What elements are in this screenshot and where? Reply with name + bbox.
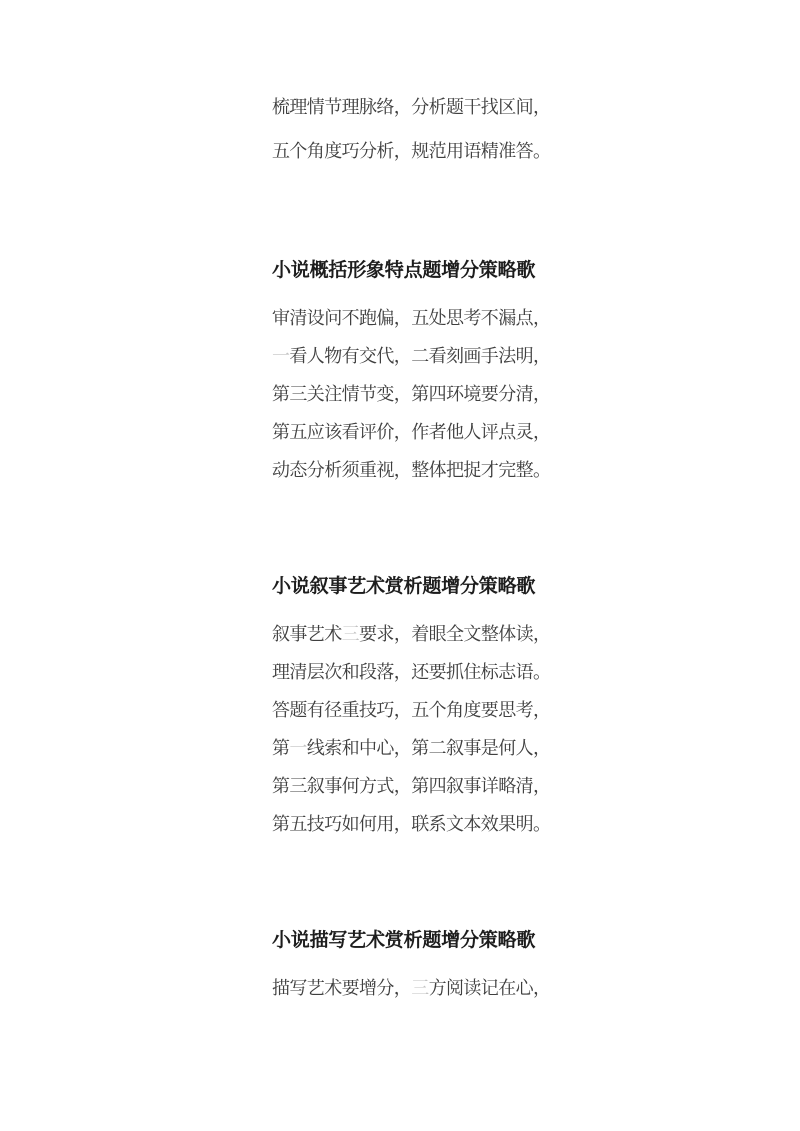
poem-line: 描写艺术要增分，三方阅读记在心， (272, 969, 800, 1007)
document-page: 梳理情节理脉络，分析题干找区间，五个角度巧分析，规范用语精准答。小说概括形象特点… (0, 0, 800, 1131)
poem-line: 理清层次和段落，还要抓住标志语。 (272, 653, 800, 691)
poem-line: 一看人物有交代，二看刻画手法明， (272, 337, 800, 375)
poem-section: 小说叙事艺术赏析题增分策略歌叙事艺术三要求，着眼全文整体读，理清层次和段落，还要… (272, 573, 800, 843)
line-segment: 方阅读记在心， (429, 978, 551, 998)
line-segment: 描写艺术要增分， (272, 978, 411, 998)
line-segment: 看人物有交代，二看刻画手法明， (289, 346, 550, 366)
poem-line: 第五技巧如何用，联系文本效果明。 (272, 805, 800, 843)
poem-line: 第五应该看评价，作者他人评点灵， (272, 413, 800, 451)
poem-content: 梳理情节理脉络，分析题干找区间，五个角度巧分析，规范用语精准答。小说概括形象特点… (272, 85, 800, 1007)
faded-character: 三 (411, 978, 428, 998)
section-title: 小说描写艺术赏析题增分策略歌 (272, 927, 800, 955)
line-segment: 叙事艺术 (272, 624, 342, 644)
poem-line: 审清设问不跑偏，五处思考不漏点， (272, 299, 800, 337)
poem-line: 第三叙事何方式，第四叙事详略清， (272, 767, 800, 805)
poem-line: 答题有径重技巧，五个角度要思考， (272, 691, 800, 729)
poem-section-continued: 梳理情节理脉络，分析题干找区间，五个角度巧分析，规范用语精准答。 (272, 85, 800, 173)
section-title: 小说叙事艺术赏析题增分策略歌 (272, 573, 800, 601)
faded-character: 三 (342, 624, 359, 644)
section-title: 小说概括形象特点题增分策略歌 (272, 257, 800, 285)
line-segment: 第 (272, 738, 289, 758)
poem-line: 五个角度巧分析，规范用语精准答。 (272, 129, 800, 173)
poem-section: 小说概括形象特点题增分策略歌审清设问不跑偏，五处思考不漏点，一看人物有交代，二看… (272, 257, 800, 489)
faded-character: 一 (289, 738, 306, 758)
poem-line: 第三关注情节变，第四环境要分清， (272, 375, 800, 413)
poem-line: 叙事艺术三要求，着眼全文整体读， (272, 615, 800, 653)
poem-line: 第一线索和中心，第二叙事是何人， (272, 729, 800, 767)
faded-character: 一 (272, 346, 289, 366)
poem-line: 梳理情节理脉络，分析题干找区间， (272, 85, 800, 129)
line-segment: 线索和中心，第二叙事是何人， (307, 738, 551, 758)
line-segment: 要求，着眼全文整体读， (359, 624, 550, 644)
poem-section: 小说描写艺术赏析题增分策略歌描写艺术要增分，三方阅读记在心， (272, 927, 800, 1007)
poem-line: 动态分析须重视，整体把捉才完整。 (272, 451, 800, 489)
